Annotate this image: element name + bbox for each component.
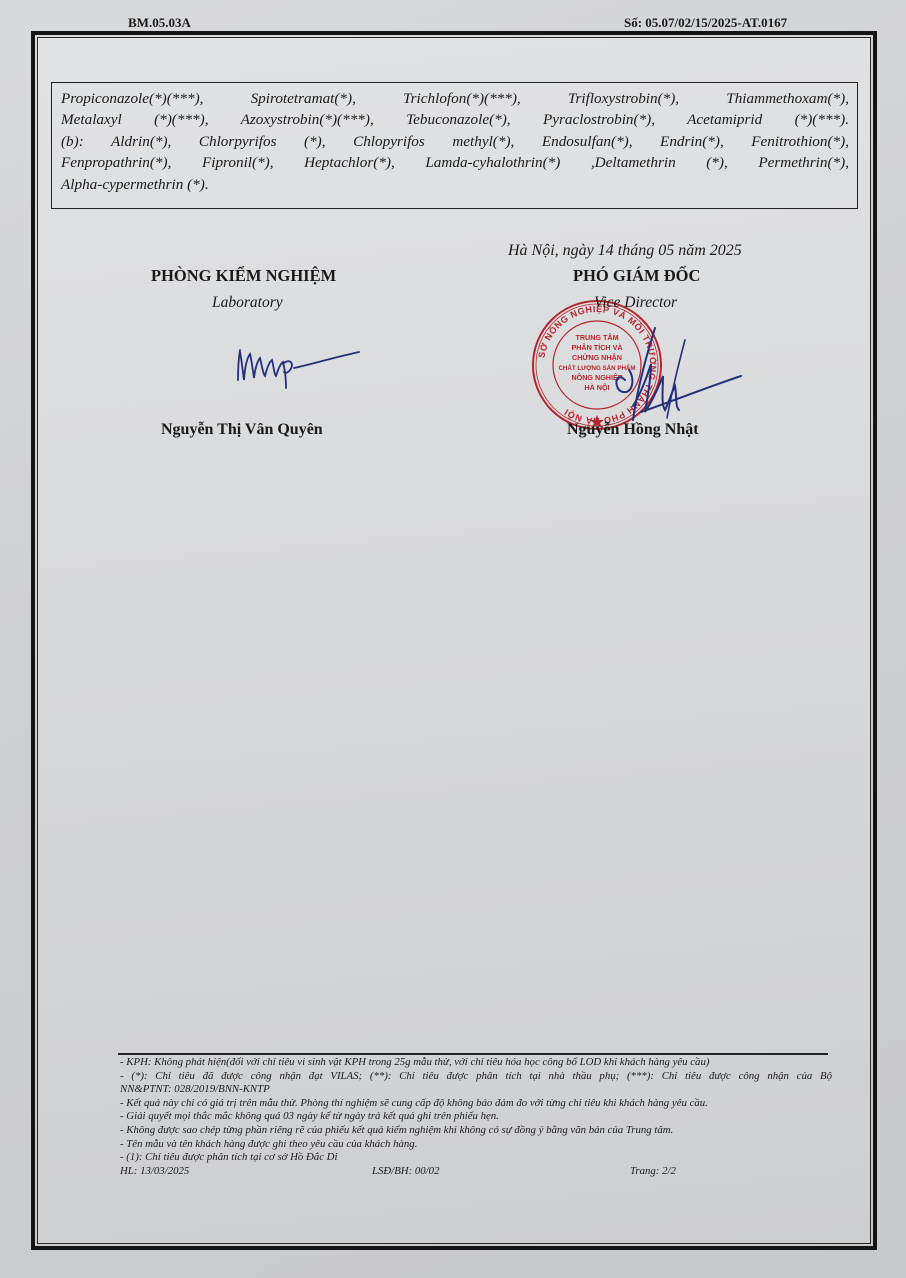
right-signature-icon bbox=[585, 320, 745, 430]
notes-divider bbox=[118, 1053, 828, 1055]
substances-box: Propiconazole(*)(***), Spirotetramat(*),… bbox=[51, 82, 858, 209]
revision-code: LSĐ/BH: 00/02 bbox=[372, 1165, 439, 1179]
document-number: Số: 05.07/02/15/2025-AT.0167 bbox=[624, 15, 787, 31]
note-line: - (*): Chỉ tiêu đã được công nhận đạt VI… bbox=[120, 1070, 832, 1084]
right-signatory-name: Nguyễn Hồng Nhật bbox=[567, 421, 699, 439]
right-signatory-subtitle: Vice Director bbox=[594, 294, 677, 312]
note-line: NN&PTNT: 028/2019/BNN-KNTP bbox=[120, 1083, 832, 1097]
left-signatory-subtitle: Laboratory bbox=[212, 294, 283, 312]
validity-date: HL: 13/03/2025 bbox=[120, 1165, 189, 1179]
right-signatory-title: PHÓ GIÁM ĐỐC bbox=[573, 266, 700, 286]
note-line: - Tên mẫu và tên khách hàng được ghi the… bbox=[120, 1138, 832, 1152]
form-code: BM.05.03A bbox=[128, 15, 191, 31]
note-line: - Kết quả này chỉ có giá trị trên mẫu th… bbox=[120, 1097, 832, 1111]
substances-line: Fenpropathrin(*), Fipronil(*), Heptachlo… bbox=[61, 152, 849, 173]
footer-row: HL: 13/03/2025 LSĐ/BH: 00/02 Trang: 2/2 bbox=[120, 1165, 832, 1179]
page-number: Trang: 2/2 bbox=[630, 1165, 676, 1179]
note-line: - Không được sao chép từng phần riêng rẽ… bbox=[120, 1124, 832, 1138]
note-line: - (1): Chỉ tiêu được phân tích tại cơ sở… bbox=[120, 1151, 832, 1165]
left-signature-icon bbox=[232, 340, 362, 390]
note-line: - KPH: Không phát hiện(đối với chỉ tiêu … bbox=[120, 1056, 832, 1070]
substances-line: Propiconazole(*)(***), Spirotetramat(*),… bbox=[61, 88, 849, 109]
note-line: - Giải quyết mọi thắc mắc không quá 03 n… bbox=[120, 1110, 832, 1124]
substances-line: (b): Aldrin(*), Chlorpyrifos (*), Chlopy… bbox=[61, 131, 849, 152]
substances-line: Alpha-cypermethrin (*). bbox=[61, 174, 849, 195]
left-signatory-title: PHÒNG KIỂM NGHIỆM bbox=[151, 266, 336, 286]
substances-line: Metalaxyl (*)(***), Azoxystrobin(*)(***)… bbox=[61, 109, 849, 130]
notes-section: - KPH: Không phát hiện(đối với chỉ tiêu … bbox=[120, 1056, 832, 1179]
place-date: Hà Nội, ngày 14 tháng 05 năm 2025 bbox=[508, 242, 742, 260]
left-signatory-name: Nguyễn Thị Vân Quyên bbox=[161, 421, 323, 439]
